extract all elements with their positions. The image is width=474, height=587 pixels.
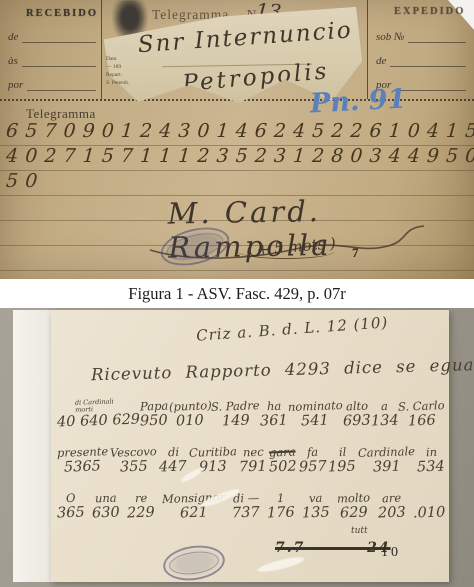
decoded-word: are: [382, 492, 402, 506]
cipher-number: 195: [328, 459, 356, 476]
cipher-number: 957: [298, 459, 326, 476]
sent-fields: sob №depor: [376, 30, 466, 91]
decoded-word: una: [95, 492, 117, 506]
form-field-line: [395, 80, 466, 91]
decoded-word: va: [309, 492, 323, 505]
cipher-number: 447: [159, 459, 187, 476]
decoded-word: S. Padre: [211, 399, 260, 414]
decoded-word: Vescovo: [110, 445, 157, 460]
cipher-number: 791: [239, 459, 267, 476]
decode-row: presente5365Vescovo355di447Curitiba913ne…: [57, 442, 445, 475]
form-divider-right: [367, 0, 368, 99]
decode-cell: re229: [127, 492, 155, 521]
decoded-word: 1: [277, 492, 285, 505]
cipher-number: 135: [302, 505, 330, 522]
form-field: de: [376, 54, 466, 67]
form-field: às: [8, 54, 96, 67]
decoded-word: (punto): [168, 399, 211, 413]
form-field-label: por: [8, 79, 23, 91]
decode-cell: nominato541: [288, 400, 343, 429]
form-field-line: [22, 32, 96, 43]
decode-cell: ha361: [260, 400, 288, 429]
received-fields: deàspor: [8, 30, 96, 91]
cipher-number: 693: [342, 413, 370, 430]
decoded-word: nec: [242, 446, 263, 460]
cipher-number: 950: [140, 413, 168, 430]
decoded-word: nominato: [288, 399, 343, 414]
decode-cell: Vescovo355: [110, 446, 157, 475]
decoded-word: in: [425, 446, 437, 459]
paper-crease: [257, 554, 306, 574]
cipher-number: 630: [92, 505, 120, 522]
manuscript-page: Criz a. B. d. L. 12 (10) Ricevuto Rappor…: [51, 310, 449, 582]
oval-stamp-manuscript: [161, 542, 227, 584]
decode-cell: fa957: [299, 446, 327, 475]
cipher-number: 010: [176, 413, 204, 430]
figure-caption: Figura 1 - ASV. Fasc. 429, p. 07r: [0, 279, 474, 308]
decode-cell: di Cardinali morti40 640 629: [57, 399, 140, 429]
cipher-digits-row: 4 0 2 7 1 5 7 1 1 1 2 3 5 2 3 1 2 8 0 3 …: [5, 145, 473, 170]
decode-cell: alto693: [343, 400, 371, 429]
cipher-number: 502: [269, 459, 297, 476]
fine-print-line: Repart.: [106, 71, 136, 79]
page-edge-strip: [13, 310, 51, 582]
decoded-word: ha: [267, 400, 282, 413]
form-field-line: [390, 56, 466, 67]
scanned-paper-page: RECEBIDO deàspor EXPEDIDO sob №depor Tel…: [0, 0, 474, 587]
cipher-number: 391: [373, 459, 401, 476]
decoded-word: S. Carlo: [398, 399, 445, 414]
form-field-label: às: [8, 55, 18, 67]
figure2-page-number: 10: [381, 545, 401, 561]
decode-cell: Papa950: [140, 400, 168, 429]
form-fine-print: Data— 189Repart.S. Petersb.: [106, 55, 136, 87]
decode-cell: Cardinale391: [358, 446, 415, 475]
decoded-word: fa: [307, 446, 319, 459]
cipher-number: 534: [417, 459, 445, 476]
decoded-word: re: [134, 492, 147, 505]
form-field-line: [27, 80, 96, 91]
cipher-digits-row: 5 0: [5, 170, 473, 195]
decoded-word: a: [381, 400, 388, 413]
sent-panel-title: EXPEDIDO: [394, 6, 465, 17]
manuscript-header-note: Criz a. B. d. L. 12 (10): [196, 313, 389, 344]
decode-cell: molto629: [337, 492, 370, 521]
addressee-line1: Snr Internuncio: [137, 17, 353, 58]
cipher-number: 134: [370, 413, 398, 430]
decode-cell: in534: [417, 446, 445, 475]
cipher-number: 737: [232, 505, 260, 522]
decode-cell: 1176: [267, 492, 295, 521]
cipher-number: 176: [267, 505, 295, 522]
manuscript-line1: Ricevuto Rapporto 4293 dice se eguale: [91, 355, 474, 384]
cipher-number: 5365: [64, 458, 101, 475]
cipher-number: 541: [301, 413, 329, 430]
crossed-out-note: 7.7 ——— 24: [275, 540, 391, 556]
small-ink-note: tutt: [351, 526, 368, 536]
form-field-label: de: [376, 55, 386, 67]
cipher-number: 40 640 629: [57, 412, 141, 431]
decode-cell: .010: [413, 505, 445, 521]
decode-cell: a134: [371, 400, 399, 429]
fine-print-line: Data: [106, 55, 136, 63]
figure2-manuscript-photo: Criz a. B. d. L. 12 (10) Ricevuto Rappor…: [0, 308, 474, 587]
decoded-word: gara: [269, 446, 296, 460]
decode-cell: presente5365: [57, 446, 108, 475]
decoded-word: Curitiba: [189, 445, 237, 460]
decoded-word: Papa: [140, 400, 169, 414]
decode-cell: nec791: [239, 446, 267, 475]
decoded-word: molto: [337, 491, 370, 505]
form-field-line: [408, 32, 466, 43]
cipher-number: 166: [408, 413, 436, 430]
decode-cell: di447: [159, 446, 187, 475]
decode-cell: O365: [57, 492, 85, 521]
fine-print-line: S. Petersb.: [106, 79, 136, 87]
decoded-word: alto: [345, 400, 368, 414]
form-divider-left: [101, 0, 102, 99]
form-field: de: [8, 30, 96, 43]
fine-print-line: — 189: [106, 63, 136, 71]
decode-cell: va135: [302, 492, 330, 521]
decoded-word: di: [167, 446, 178, 459]
received-panel-title: RECEBIDO: [26, 8, 98, 19]
decoded-word: Cardinale: [358, 445, 415, 460]
decode-cell: are203: [378, 492, 406, 521]
decode-row: O365una630re229Monsignor621di —7371176va…: [57, 488, 445, 521]
cipher-number: 913: [199, 459, 227, 476]
figure1-telegram-photo: RECEBIDO deàspor EXPEDIDO sob №depor Tel…: [0, 0, 474, 279]
decode-row: di Cardinali morti40 640 629Papa950(punt…: [57, 396, 445, 429]
cipher-number: .010: [412, 504, 445, 521]
cipher-number: 149: [222, 413, 250, 430]
blue-ink-annotation: Pn. 91: [309, 84, 407, 120]
decode-cell: gara502: [269, 446, 297, 475]
cipher-number: 365: [57, 505, 85, 522]
decode-cell: il195: [328, 446, 356, 475]
cipher-number: 361: [260, 413, 288, 430]
addressee-line2: Petropolis: [182, 58, 331, 97]
cipher-number: 629: [340, 505, 368, 522]
decode-cell: (punto)010: [169, 400, 212, 429]
form-field: por: [8, 78, 96, 91]
cipher-number: 203: [377, 505, 405, 522]
decoded-word: presente: [57, 445, 109, 460]
form-field-line: [22, 56, 96, 67]
decode-cell: di —737: [232, 492, 260, 521]
cipher-number: 621: [179, 505, 207, 522]
decode-rows: di Cardinali morti40 640 629Papa950(punt…: [57, 396, 445, 534]
decoded-word: O: [66, 492, 76, 505]
code-rows: 6 5 7 0 9 0 1 2 4 3 0 1 4 6 2 4 5 2 2 6 …: [6, 120, 472, 195]
decode-cell: S. Carlo166: [398, 400, 445, 429]
decode-cell: una630: [92, 492, 120, 521]
form-field: sob №: [376, 30, 466, 43]
decode-cell: S. Padre149: [211, 400, 260, 429]
cipher-number: 355: [120, 459, 148, 476]
decoded-word: il: [338, 446, 346, 459]
form-field-label: sob №: [376, 31, 404, 43]
cipher-digits-row: 6 5 7 0 9 0 1 2 4 3 0 1 4 6 2 4 5 2 2 6 …: [5, 120, 473, 145]
form-field-label: de: [8, 31, 18, 43]
cipher-number: 229: [127, 505, 155, 522]
